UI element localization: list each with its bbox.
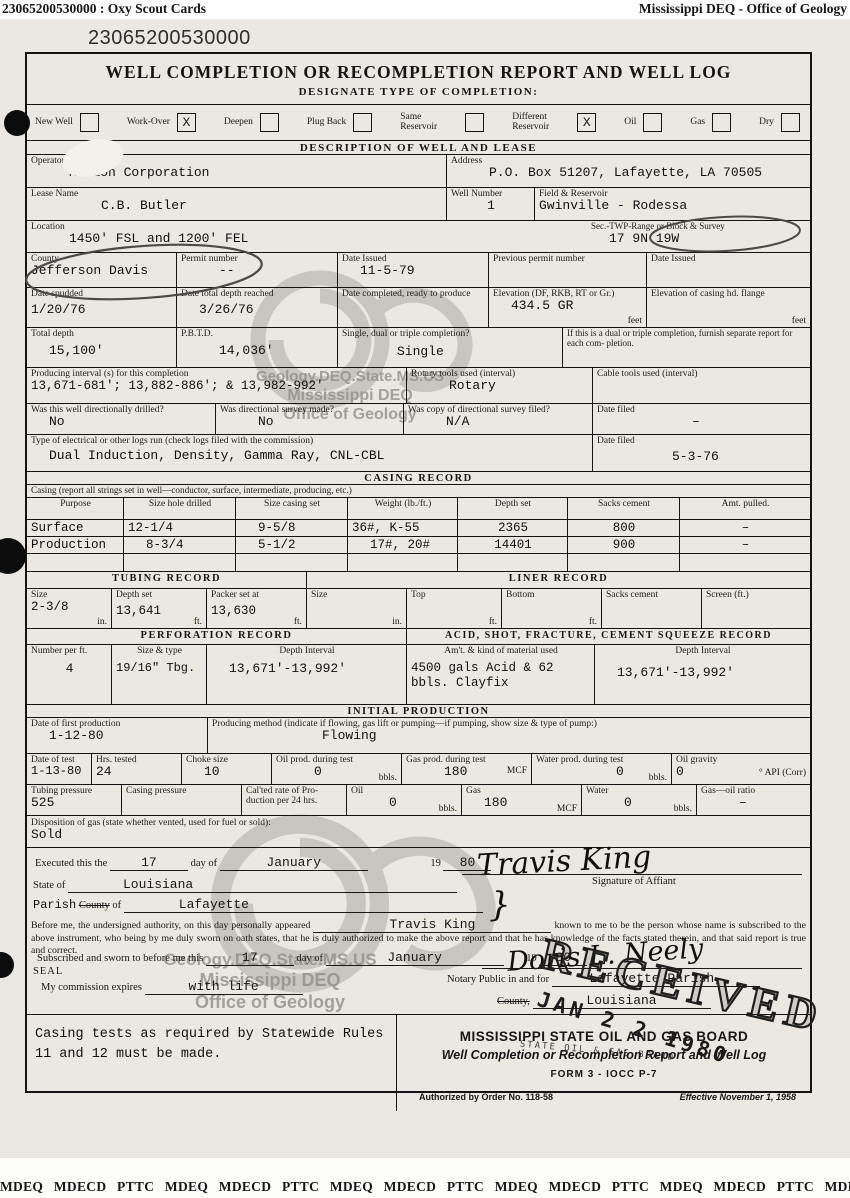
field-location: Location 1450' FSL and 1200' FEL (27, 221, 587, 252)
completion-type-deepen: Deepen (224, 113, 279, 132)
acid-interval-cell: Depth Interval 13,671'-13,992' (595, 645, 810, 704)
completion-type-row: New Well Work-OverX Deepen Plug Back Sam… (27, 105, 810, 141)
liner-sacks-cell: Sacks cement (602, 589, 702, 628)
viewer-header-right: Mississippi DEQ - Office of Geology (639, 0, 850, 17)
field-label: Was directional survey made? (220, 405, 400, 415)
label-text: Notary Public in and for (447, 974, 549, 985)
label-text: of (112, 900, 121, 911)
designate-type-label: DESIGNATE TYPE OF COMPLETION: (27, 83, 810, 98)
field-value: P.O. Box 51207, Lafayette, LA 70505 (489, 166, 807, 181)
total-depth-row: Total depth 15,100' P.B.T.D. 14,036' Sin… (27, 328, 810, 368)
completion-type-different-reservoir: Different ReservoirX (512, 113, 596, 133)
field-label: Am't. & kind of material used (411, 646, 591, 656)
county-struck: County (79, 900, 110, 911)
county-struck: County, (497, 996, 530, 1007)
directional-row: Was this well directionally drilled? No … (27, 404, 810, 435)
unit-label: feet (628, 316, 642, 326)
field-total-depth: Total depth 15,100' (27, 328, 177, 367)
subscribed-month: January (326, 951, 504, 966)
checkbox-label: Gas (690, 118, 705, 128)
tubing-packer-cell: Packer set at 13,630 ft. (207, 589, 307, 628)
table-cell (568, 554, 680, 571)
field-elevation-casing: Elevation of casing hd. flange feet (647, 288, 810, 327)
field-label: Oil prod. during test (276, 755, 398, 765)
checkbox-label: Oil (624, 118, 636, 128)
completion-type-same-reservoir: Same Reservoir (400, 113, 484, 133)
field-tubing-pressure: Tubing pressure 525 (27, 785, 122, 815)
col-header-label: Size hole drilled (128, 499, 232, 509)
table-cell (348, 554, 458, 571)
field-label: Date spudded (31, 289, 173, 299)
checkbox (643, 113, 662, 132)
field-value: No (258, 415, 400, 430)
col-header-label: Depth set (462, 499, 564, 509)
table-cell (27, 554, 124, 571)
unit-label: bbls. (674, 804, 692, 814)
field-label: Casing pressure (126, 786, 238, 796)
field-value: 5-3-76 (672, 450, 807, 465)
col-header-label: Amt. pulled. (684, 499, 807, 509)
section-title: LINER RECORD (307, 572, 810, 585)
state-value: Louisiana (68, 878, 457, 893)
field-directionally-drilled: Was this well directionally drilled? No (27, 404, 216, 434)
field-label: P.B.T.D. (181, 329, 334, 339)
checkbox: X (577, 113, 596, 132)
unit-label: bbls. (379, 773, 397, 783)
field-value: Single (397, 345, 559, 360)
field-value: Gwinville - Rodessa (539, 199, 807, 214)
cell-value: 14401 (462, 538, 564, 552)
field-completion-kind: Single, dual or triple completion? Singl… (338, 328, 563, 367)
field-label: Depth Interval (211, 646, 403, 656)
field-date-total-depth: Date total depth reached 3/26/76 (177, 288, 338, 327)
acid-material-cell: Am't. & kind of material used 4500 gals … (407, 645, 595, 704)
field-value: 4 (31, 662, 108, 677)
checkbox-mark: X (182, 116, 190, 129)
table-cell (680, 554, 810, 571)
field-cable-tools: Cable tools used (interval) (593, 368, 810, 403)
field-label: Depth Interval (599, 646, 807, 656)
field-label: Cable tools used (interval) (597, 369, 807, 379)
field-label: Type of electrical or other logs run (ch… (31, 436, 589, 446)
checkbox: X (177, 113, 196, 132)
field-value: 17 9N 19W (609, 232, 807, 247)
field-well-number: Well Number 1 (447, 188, 535, 220)
executed-line: Executed this the 17 day of January 19 8… (35, 856, 491, 871)
lease-row: Lease Name C.B. Butler Well Number 1 Fie… (27, 188, 810, 221)
field-label: Oil (351, 786, 458, 796)
field-date-issued: Date Issued 11-5-79 (338, 253, 489, 287)
field-label: Elevation of casing hd. flange (651, 289, 807, 299)
field-value: 13,630 (211, 604, 303, 618)
section-title: DESCRIPTION OF WELL AND LEASE (27, 141, 810, 154)
table-cell: 5-1/2 (236, 537, 348, 553)
field-gas-rate: Gas 180 MCF (462, 785, 582, 815)
field-lease-name: Lease Name C.B. Butler (27, 188, 447, 220)
completion-type-oil: Oil (624, 113, 662, 132)
field-test-date: Date of test 1-13-80 (27, 754, 92, 784)
acid-record: ACID, SHOT, FRACTURE, CEMENT SQUEEZE REC… (407, 629, 810, 704)
section-title: ACID, SHOT, FRACTURE, CEMENT SQUEEZE REC… (407, 629, 810, 645)
col-header-label: Size casing set (240, 499, 344, 509)
col-header: Weight (lb./ft.) (348, 498, 458, 519)
location-row: Location 1450' FSL and 1200' FEL Sec.-TW… (27, 221, 810, 253)
col-header-label: Weight (lb./ft.) (352, 499, 454, 509)
subscribed-day: 17 (206, 951, 294, 966)
field-value: 1 (451, 199, 531, 214)
field-label: Previous permit number (493, 254, 643, 264)
field-label: Rotary tools used (interval) (411, 369, 589, 379)
table-cell: 2365 (458, 520, 568, 536)
field-previous-permit: Previous permit number (489, 253, 647, 287)
tubing-liner-data-row: Size 2-3/8 in. Depth set 13,641 ft. Pack… (27, 589, 810, 629)
field-label: Lease Name (31, 189, 443, 199)
field-value: Rotary (449, 379, 589, 394)
field-value: 4500 gals Acid & 62 bbls. Clayfix (411, 661, 591, 690)
col-header: Depth set (458, 498, 568, 519)
cell-value: – (684, 538, 807, 552)
table-cell: 12-1/4 (124, 520, 236, 536)
appeared-name: Travis King (313, 918, 551, 933)
field-label: Producing method (indicate if flowing, g… (212, 719, 807, 729)
table-cell: 17#, 20# (348, 537, 458, 553)
field-casing-pressure: Casing pressure (122, 785, 242, 815)
table-cell: Production (27, 537, 124, 553)
table-cell (124, 554, 236, 571)
label-text: My commission expires (41, 982, 142, 993)
field-value: -- (219, 264, 334, 279)
table-cell: Surface (27, 520, 124, 536)
note-text: If this is a dual or triple completion, … (567, 329, 807, 349)
cell-value: – (684, 521, 807, 535)
field-label: Oil gravity (676, 755, 807, 765)
liner-record-header: LINER RECORD (307, 572, 810, 588)
unit-label: bbls. (649, 773, 667, 783)
field-label: Top (411, 590, 498, 600)
label-text: Executed this the (35, 858, 107, 869)
cell-value: 800 (572, 521, 676, 535)
checkbox-label: Plug Back (307, 118, 346, 128)
completion-type-plug-back: Plug Back (307, 113, 372, 132)
table-cell: – (680, 520, 810, 536)
completion-type-gas: Gas (690, 113, 731, 132)
cell-value: 2365 (462, 521, 564, 535)
field-value: 13,671'-13,992' (617, 666, 807, 681)
field-survey-date-filed: Date filed – (593, 404, 810, 434)
unit-label: in. (392, 617, 402, 627)
api-number-stamp: 23065200530000 (88, 27, 251, 50)
col-header: Amt. pulled. (680, 498, 810, 519)
field-label: Packer set at (211, 590, 303, 600)
section-title: TUBING RECORD (27, 572, 306, 585)
unit-label: ° API (Corr) (759, 768, 806, 778)
label-text: Subscribed and sworn to before me this (37, 953, 203, 964)
section-title: CASING RECORD (27, 472, 810, 485)
parish-value: Lafayette (124, 898, 483, 913)
checkbox-label: Dry (759, 118, 774, 128)
label-text: 19 (430, 858, 441, 869)
label-text: State of (33, 880, 65, 891)
field-value: 19/16" Tbg. (116, 662, 203, 676)
signature-line (462, 874, 802, 875)
casing-table-row: Production 8-3/4 5-1/2 17#, 20# 14401 90… (27, 537, 810, 554)
well-completion-form: WELL COMPLETION OR RECOMPLETION REPORT A… (25, 52, 812, 1093)
checkbox-label: Work-Over (127, 118, 170, 128)
field-value: – (692, 415, 807, 430)
unit-label: feet (792, 316, 806, 326)
field-directional-survey: Was directional survey made? No (216, 404, 404, 434)
field-oil-prod-test: Oil prod. during test 0 bbls. (272, 754, 402, 784)
field-producing-method: Producing method (indicate if flowing, g… (208, 718, 810, 753)
label-text: day of (191, 858, 218, 869)
field-label: Number per ft. (31, 646, 108, 656)
field-oil-gravity: Oil gravity 0 ° API (Corr) (672, 754, 810, 784)
field-gas-oil-ratio: Gas—oil ratio – (697, 785, 810, 815)
liner-top-cell: Top ft. (407, 589, 502, 628)
logs-row: Type of electrical or other logs run (ch… (27, 435, 810, 472)
cell-value: 8-3/4 (146, 538, 232, 552)
state-line: State of Louisiana (33, 878, 457, 893)
initial-production-header: INITIAL PRODUCTION (27, 705, 810, 718)
field-elevation: Elevation (DF, RKB, RT or Gr.) 434.5 GR … (489, 288, 647, 327)
checkbox (353, 113, 372, 132)
field-value: 525 (31, 796, 118, 811)
field-sec-twp-range: Sec.-TWP-Range or Block & Survey 17 9N 1… (587, 221, 810, 252)
checkbox-mark: X (583, 116, 591, 129)
col-header: Size hole drilled (124, 498, 236, 519)
casing-tests-note: Casing tests as required by Statewide Ru… (27, 1015, 397, 1111)
field-label: Depth set (116, 590, 203, 600)
casing-record-header: CASING RECORD (27, 472, 810, 485)
field-label: Water (586, 786, 693, 796)
field-label: Screen (ft.) (706, 590, 807, 600)
cell-value: 36#, K-55 (352, 521, 454, 535)
field-value: 14,036' (219, 344, 334, 359)
viewer-footer-bar: MDEQ MDECD PTTC MDEQ MDECD PTTC MDEQ MDE… (0, 1158, 850, 1198)
field-value: 13,641 (116, 604, 203, 618)
field-value: 24 (96, 765, 178, 780)
tubing-size-cell: Size 2-3/8 in. (27, 589, 112, 628)
field-label: Single, dual or triple completion? (342, 329, 559, 339)
table-cell: – (680, 537, 810, 553)
viewer-header-left: 23065200530000 : Oxy Scout Cards (0, 0, 206, 17)
completion-type-new-well: New Well (35, 113, 99, 132)
field-oil-rate: Oil 0 bbls. (347, 785, 462, 815)
field-label: Size (31, 590, 108, 600)
field-label: Permit number (181, 254, 334, 264)
viewer-header-bar: 23065200530000 : Oxy Scout Cards Mississ… (0, 0, 850, 19)
form-title-block: WELL COMPLETION OR RECOMPLETION REPORT A… (27, 54, 810, 105)
producing-interval-row: Producing interval (s) for this completi… (27, 368, 810, 404)
field-value: Sold (27, 828, 810, 843)
section-title: INITIAL PRODUCTION (27, 705, 810, 718)
unit-label: bbls. (439, 804, 457, 814)
field-label: Date filed (597, 436, 807, 446)
field-value: 2-3/8 (31, 600, 108, 614)
field-label: Date filed (597, 405, 807, 415)
section-title: PERFORATION RECORD (27, 629, 406, 645)
field-logs-date-filed: Date filed 5-3-76 (593, 435, 810, 471)
casing-table-row: Surface 12-1/4 9-5/8 36#, K-55 2365 800 … (27, 520, 810, 537)
field-label: Cal'ted rate of Pro- duction per 24 hrs. (246, 786, 343, 807)
executed-month: January (220, 856, 368, 871)
field-label: Size & type (116, 646, 203, 656)
checkbox (465, 113, 484, 132)
field-date-issued-2: Date Issued (647, 253, 810, 287)
unit-label: in. (97, 617, 107, 627)
checkbox (260, 113, 279, 132)
col-header: Size casing set (236, 498, 348, 519)
field-value: – (739, 796, 807, 811)
casing-record-note: Casing (report all strings set in well—c… (27, 485, 810, 498)
field-label: Water prod. during test (536, 755, 668, 765)
field-value: N/A (446, 415, 589, 430)
field-label: Gas—oil ratio (701, 786, 807, 796)
perf-number-cell: Number per ft. 4 (27, 645, 112, 704)
county-permit-row: County Jefferson Davis Permit number -- … (27, 253, 810, 288)
col-header-label: Purpose (31, 499, 120, 509)
unit-label: ft. (589, 617, 597, 627)
pressure-row: Tubing pressure 525 Casing pressure Cal'… (27, 785, 810, 816)
completion-type-work-over: Work-OverX (127, 113, 196, 132)
parish-line: Parish County of Lafayette (33, 898, 483, 913)
hole-punch (4, 110, 30, 136)
unit-label: ft. (294, 617, 302, 627)
parish-word: Parish (33, 898, 76, 912)
field-address: Address P.O. Box 51207, Lafayette, LA 70… (447, 155, 810, 187)
field-date-completed: Date completed, ready to produce (338, 288, 489, 327)
field-value: 1450' FSL and 1200' FEL (69, 232, 584, 247)
field-water-rate: Water 0 bbls. (582, 785, 697, 815)
col-header-label: Sacks cement (572, 499, 676, 509)
test-row: Date of test 1-13-80 Hrs. tested 24 Chok… (27, 754, 810, 785)
liner-bottom-cell: Bottom ft. (502, 589, 602, 628)
form-title: WELL COMPLETION OR RECOMPLETION REPORT A… (27, 54, 810, 83)
field-label: Date Issued (651, 254, 807, 264)
field-value: 11-5-79 (360, 264, 485, 279)
field-value: 13,671-681'; 13,882-886'; & 13,982-992' (31, 379, 403, 393)
field-date-spudded: Date spudded 1/20/76 (27, 288, 177, 327)
cell-value: 900 (572, 538, 676, 552)
table-cell: 9-5/8 (236, 520, 348, 536)
casing-table-header: Purpose Size hole drilled Size casing se… (27, 498, 810, 520)
cell-value: 12-1/4 (128, 521, 232, 535)
cell-value: 5-1/2 (258, 538, 344, 552)
cell-value: 17#, 20# (370, 538, 454, 552)
perforation-record: PERFORATION RECORD Number per ft. 4 Size… (27, 629, 407, 704)
table-cell: 900 (568, 537, 680, 553)
field-value: 15,100' (49, 344, 173, 359)
unit-label: ft. (489, 617, 497, 627)
field-value: 1-13-80 (31, 765, 88, 779)
checkbox (80, 113, 99, 132)
field-label: Size (311, 590, 403, 600)
checkbox-label: Different Reservoir (512, 113, 570, 133)
field-label: Disposition of gas (state whether vented… (27, 816, 810, 828)
signature-affiant-label: Signature of Affiant (592, 876, 676, 887)
field-hrs-tested: Hrs. tested 24 (92, 754, 182, 784)
disposition-row: Disposition of gas (state whether vented… (27, 816, 810, 848)
field-label: Sacks cement (606, 590, 698, 600)
commission-value: with life (145, 980, 303, 995)
table-cell (236, 554, 348, 571)
commission-line: My commission expires with life (41, 980, 303, 995)
viewer-footer-text: MDEQ MDECD PTTC MDEQ MDECD PTTC MDEQ MDE… (0, 1179, 850, 1195)
paragraph-text: Before me, the undersigned authority, on… (31, 920, 310, 931)
field-value: 3/26/76 (199, 303, 334, 318)
table-cell: 36#, K-55 (348, 520, 458, 536)
field-value: 10 (204, 765, 268, 780)
unit-label: ft. (194, 617, 202, 627)
field-label: Was copy of directional survey filed? (408, 405, 589, 415)
field-logs-run: Type of electrical or other logs run (ch… (27, 435, 593, 471)
checkbox-label: Same Reservoir (400, 113, 458, 133)
tubing-liner-header-row: TUBING RECORD LINER RECORD (27, 572, 810, 589)
field-first-production: Date of first production 1-12-80 (27, 718, 208, 753)
field-label: Choke size (186, 755, 268, 765)
note-text: Casing (report all strings set in well—c… (27, 485, 810, 495)
field-label: Bottom (506, 590, 598, 600)
field-value: 1/20/76 (31, 303, 173, 318)
field-label: Total depth (31, 329, 173, 339)
field-permit-number: Permit number -- (177, 253, 338, 287)
checkbox (712, 113, 731, 132)
casing-table-empty-row (27, 554, 810, 572)
table-cell: 14401 (458, 537, 568, 553)
subscribed-line: Subscribed and sworn to before me this 1… (37, 951, 587, 966)
field-value: C.B. Butler (101, 199, 443, 214)
table-cell: 8-3/4 (124, 537, 236, 553)
perf-size-type-cell: Size & type 19/16" Tbg. (112, 645, 207, 704)
field-choke-size: Choke size 10 (182, 754, 272, 784)
label-text: day of (296, 953, 323, 964)
field-value: Jefferson Davis (31, 264, 173, 279)
table-cell: 800 (568, 520, 680, 536)
field-value: Marion Corporation (69, 166, 443, 181)
note-text: Casing tests as required by Statewide Ru… (31, 1025, 393, 1064)
liner-size-cell: Size in. (307, 589, 407, 628)
checkbox (781, 113, 800, 132)
checkbox-label: New Well (35, 118, 73, 128)
field-label: Date completed, ready to produce (342, 289, 485, 299)
col-header: Purpose (27, 498, 124, 519)
tubing-depth-cell: Depth set 13,641 ft. (112, 589, 207, 628)
field-water-prod-test: Water prod. during test 0 bbls. (532, 754, 672, 784)
section-description-header: DESCRIPTION OF WELL AND LEASE (27, 141, 810, 155)
field-rotary-tools: Rotary tools used (interval) Rotary (407, 368, 593, 403)
cell-value: 9-5/8 (258, 521, 344, 535)
table-cell (458, 554, 568, 571)
operator-address-row: Operator Marion Corporation Address P.O.… (27, 155, 810, 188)
field-value: 434.5 GR (511, 299, 643, 314)
field-county: County Jefferson Davis (27, 253, 177, 287)
field-value: 13,671'-13,992' (229, 662, 403, 677)
field-label: Gas (466, 786, 578, 796)
field-producing-interval: Producing interval (s) for this completi… (27, 368, 407, 403)
tubing-record-header: TUBING RECORD (27, 572, 307, 588)
field-survey-filed: Was copy of directional survey filed? N/… (404, 404, 593, 434)
field-value: Dual Induction, Density, Gamma Ray, CNL-… (49, 449, 589, 464)
field-field-reservoir: Field & Reservoir Gwinville - Rodessa (535, 188, 810, 220)
unit-label: MCF (507, 766, 527, 776)
field-value: 1-12-80 (49, 729, 204, 744)
field-pbtd: P.B.T.D. 14,036' (177, 328, 338, 367)
liner-screen-cell: Screen (ft.) (702, 589, 810, 628)
unit-label: MCF (557, 804, 577, 814)
completion-type-dry: Dry (759, 113, 800, 132)
field-label: Date total depth reached (181, 289, 334, 299)
cell-value: Surface (31, 521, 120, 535)
